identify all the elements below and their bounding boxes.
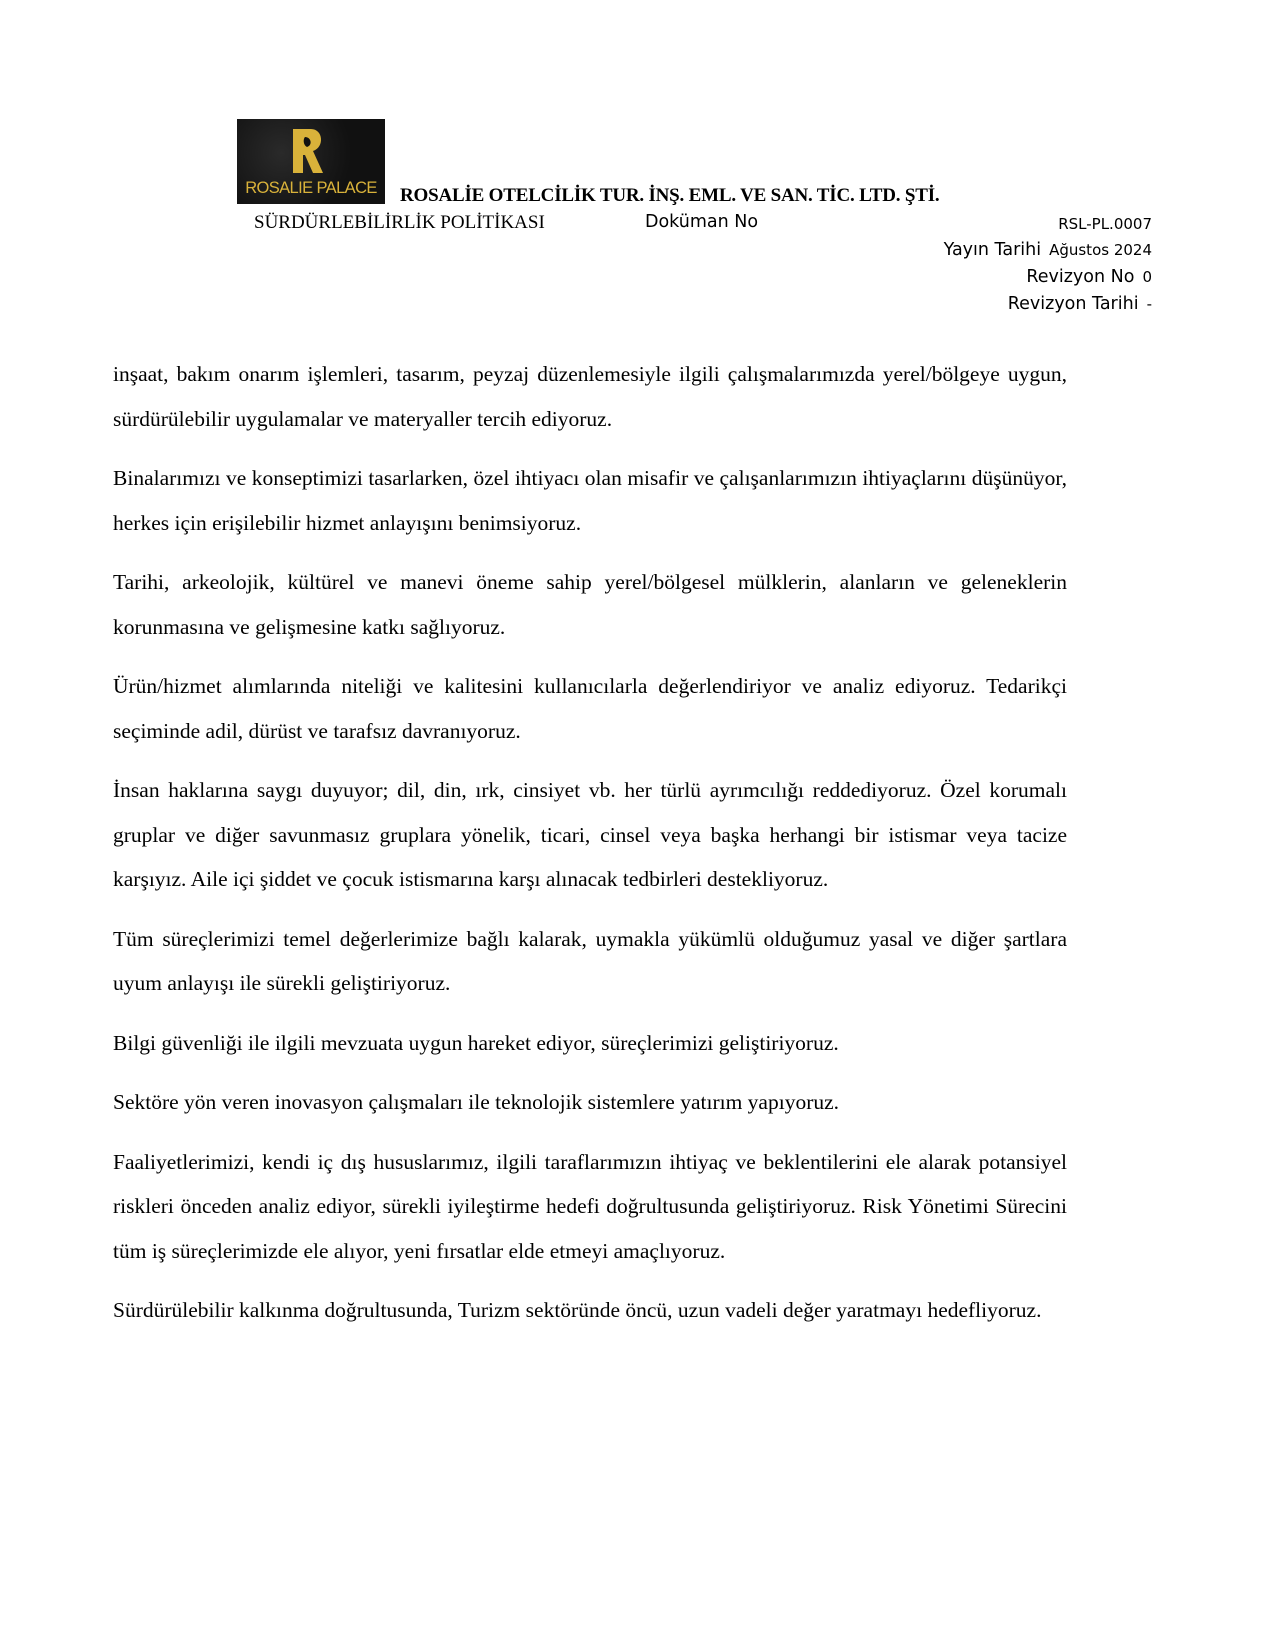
paragraph: inşaat, bakım onarım işlemleri, tasarım,… (113, 352, 1067, 441)
paragraph: İnsan haklarına saygı duyuyor; dil, din,… (113, 768, 1067, 902)
policy-title: SÜRDÜRLEBİLİRLİK POLİTİKASI (254, 212, 545, 234)
policy-body: inşaat, bakım onarım işlemleri, tasarım,… (113, 352, 1067, 1348)
paragraph: Sektöre yön veren inovasyon çalışmaları … (113, 1080, 1067, 1125)
paragraph: Binalarımızı ve konseptimizi tasarlarken… (113, 456, 1067, 545)
paragraph: Faaliyetlerimizi, kendi iç dış hususları… (113, 1140, 1067, 1274)
publish-date-value: Ağustos 2024 (1049, 241, 1152, 259)
revision-date-label: Revizyon Tarihi (1008, 294, 1139, 314)
company-logo: ROSALIE PALACE (237, 119, 385, 204)
paragraph: Tüm süreçlerimizi temel değerlerimize ba… (113, 917, 1067, 1006)
logo-text: ROSALIE PALACE (237, 179, 385, 198)
publish-date-label: Yayın Tarihi (944, 240, 1041, 260)
company-name: ROSALİE OTELCİLİK TUR. İNŞ. EML. VE SAN.… (400, 185, 939, 207)
revision-no-row: Revizyon No0 (1026, 267, 1152, 287)
document-no-value: RSL-PL.0007 (1058, 215, 1152, 233)
paragraph: Bilgi güvenliği ile ilgili mevzuata uygu… (113, 1021, 1067, 1066)
revision-date-row: Revizyon Tarihi- (1008, 294, 1152, 314)
document-no-row: RSL-PL.0007 (1050, 214, 1152, 233)
paragraph: Tarihi, arkeolojik, kültürel ve manevi ö… (113, 560, 1067, 649)
publish-date-row: Yayın TarihiAğustos 2024 (944, 240, 1152, 260)
rosalie-r-logo-icon (289, 127, 329, 175)
document-no-label: Doküman No (645, 212, 758, 232)
paragraph: Ürün/hizmet alımlarında niteliği ve kali… (113, 664, 1067, 753)
revision-date-value: - (1147, 295, 1152, 313)
paragraph: Sürdürülebilir kalkınma doğrultusunda, T… (113, 1288, 1067, 1333)
revision-no-value: 0 (1142, 268, 1152, 286)
revision-no-label: Revizyon No (1026, 267, 1134, 287)
